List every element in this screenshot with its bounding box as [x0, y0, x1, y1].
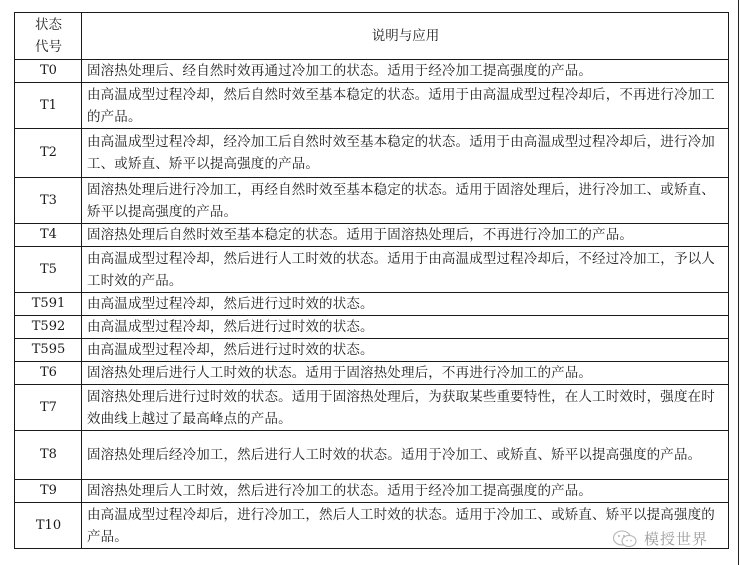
temper-description: 由高温成型过程冷却，经冷加工后自然时效至基本稳定的状态。适用于由高温成型过程冷却…: [82, 129, 729, 178]
page-edge-rule: [738, 0, 739, 565]
table-row: T0 固溶热处理后、经自然时效再通过冷加工的状态。适用于经冷加工提高强度的产品。: [15, 60, 729, 83]
temper-code: T7: [15, 385, 82, 431]
temper-code: T8: [15, 431, 82, 480]
temper-description: 固溶热处理后人工时效，然后进行冷加工的状态。适用于经冷加工提高强度的产品。: [82, 480, 729, 503]
temper-description: 固溶热处理后进行人工时效的状态。适用于固溶热处理后，不再进行冷加工的产品。: [82, 362, 729, 385]
table-row: T1 由高温成型过程冷却，然后自然时效至基本稳定的状态。适用于由高温成型过程冷却…: [15, 83, 729, 129]
temper-description: 固溶热处理后进行过时效的状态。适用于固溶热处理后，为获取某些重要特性，在人工时效…: [82, 385, 729, 431]
table-row: T2 由高温成型过程冷却，经冷加工后自然时效至基本稳定的状态。适用于由高温成型过…: [15, 129, 729, 178]
temper-code: T592: [15, 316, 82, 339]
temper-code: T4: [15, 224, 82, 247]
header-code-line2: 代号: [20, 36, 77, 58]
temper-code: T3: [15, 178, 82, 224]
temper-description: 由高温成型过程冷却，然后进行过时效的状态。: [82, 293, 729, 316]
temper-description: 由高温成型过程冷却，然后自然时效至基本稳定的状态。适用于由高温成型过程冷却后，不…: [82, 83, 729, 129]
wechat-chat-icon: [612, 529, 638, 549]
temper-code: T6: [15, 362, 82, 385]
temper-code: T595: [15, 339, 82, 362]
table-row: T9 固溶热处理后人工时效，然后进行冷加工的状态。适用于经冷加工提高强度的产品。: [15, 480, 729, 503]
temper-designation-table: 状态 代号 说明与应用 T0 固溶热处理后、经自然时效再通过冷加工的状态。适用于…: [14, 12, 729, 549]
temper-code: T10: [15, 503, 82, 549]
temper-code: T9: [15, 480, 82, 503]
temper-description: 固溶热处理后自然时效至基本稳定的状态。适用于固溶热处理后，不再进行冷加工的产品。: [82, 224, 729, 247]
table-header-row: 状态 代号 说明与应用: [15, 13, 729, 60]
temper-description: 由高温成型过程冷却，然后进行过时效的状态。: [82, 339, 729, 362]
table-row: T4 固溶热处理后自然时效至基本稳定的状态。适用于固溶热处理后，不再进行冷加工的…: [15, 224, 729, 247]
header-code-line1: 状态: [20, 14, 77, 36]
header-description: 说明与应用: [82, 13, 729, 60]
table-row: T591 由高温成型过程冷却，然后进行过时效的状态。: [15, 293, 729, 316]
table-row: T7 固溶热处理后进行过时效的状态。适用于固溶热处理后，为获取某些重要特性，在人…: [15, 385, 729, 431]
header-temper-code: 状态 代号: [15, 13, 82, 60]
temper-code: T1: [15, 83, 82, 129]
table-row: T595 由高温成型过程冷却，然后进行过时效的状态。: [15, 339, 729, 362]
table-row: T5 由高温成型过程冷却，然后进行人工时效的状态。适用于由高温成型过程冷却后，不…: [15, 247, 729, 293]
table-row: T6 固溶热处理后进行人工时效的状态。适用于固溶热处理后，不再进行冷加工的产品。: [15, 362, 729, 385]
temper-code: T0: [15, 60, 82, 83]
table-row: T592 由高温成型过程冷却，然后进行过时效的状态。: [15, 316, 729, 339]
temper-code: T2: [15, 129, 82, 178]
table-row: T8 固溶热处理后经冷加工，然后进行人工时效的状态。适用于冷加工、或矫直、矫平以…: [15, 431, 729, 480]
temper-description: 固溶热处理后、经自然时效再通过冷加工的状态。适用于经冷加工提高强度的产品。: [82, 60, 729, 83]
temper-description: 由高温成型过程冷却，然后进行人工时效的状态。适用于由高温成型过程冷却后，不经过冷…: [82, 247, 729, 293]
temper-description: 由高温成型过程冷却，然后进行过时效的状态。: [82, 316, 729, 339]
table-row: T3 固溶热处理后进行冷加工，再经自然时效至基本稳定的状态。适用于固溶处理后，进…: [15, 178, 729, 224]
watermark: 模授世界: [612, 528, 708, 549]
temper-description: 固溶热处理后进行冷加工，再经自然时效至基本稳定的状态。适用于固溶处理后，进行冷加…: [82, 178, 729, 224]
watermark-text: 模授世界: [644, 528, 708, 549]
temper-description: 固溶热处理后经冷加工，然后进行人工时效的状态。适用于冷加工、或矫直、矫平以提高强…: [82, 431, 729, 480]
temper-code: T591: [15, 293, 82, 316]
temper-code: T5: [15, 247, 82, 293]
